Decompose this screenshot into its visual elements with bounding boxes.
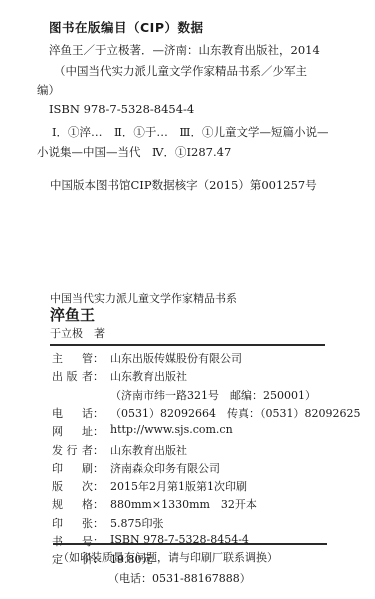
info-row: 主管：山东出版传媒股份有限公司 xyxy=(52,350,242,366)
info-label-prefix: 印 xyxy=(52,515,82,531)
book-title: 淬鱼王 xyxy=(50,304,95,325)
info-label-suffix: 管： xyxy=(82,352,104,365)
info-label-prefix: 网 xyxy=(52,423,82,439)
info-label-prefix: 印 xyxy=(52,460,82,476)
info-label: 主管： xyxy=(52,350,110,366)
bottom-divider xyxy=(53,543,327,545)
info-row: 网址：http://www.sjs.com.cn xyxy=(52,423,233,439)
info-value: （0531）82092664 传真：（0531）82092625 xyxy=(110,405,360,421)
info-label: 版次： xyxy=(52,478,110,494)
info-label: 出 版者： xyxy=(52,368,110,384)
service-phone: （电话：0531-88167888） xyxy=(108,570,251,586)
info-value: 880mm×1330mm 32开本 xyxy=(110,496,257,512)
info-row: 电话：（0531）82092664 传真：（0531）82092625 xyxy=(52,405,360,421)
info-value: 2015年2月第1版第1次印刷 xyxy=(110,478,247,494)
info-label: 印刷： xyxy=(52,460,110,476)
info-value: ISBN 978-7-5328-8454-4 xyxy=(110,533,249,549)
cip-heading: 图书在版编目（CIP）数据 xyxy=(49,18,204,36)
cip-classification-1: Ⅰ．①淬… Ⅱ．①于… Ⅲ．①儿童文学—短篇小说— xyxy=(52,124,328,140)
info-label: 书号： xyxy=(52,533,110,549)
info-label-prefix: 发 行 xyxy=(52,442,82,458)
top-divider xyxy=(50,344,325,346)
info-label-suffix: 话： xyxy=(82,407,104,420)
info-label-prefix: 版 xyxy=(52,478,82,494)
cip-isbn: ISBN 978-7-5328-8454-4 xyxy=(49,102,194,116)
info-row: （济南市纬一路321号 邮编：250001） xyxy=(52,387,316,403)
info-label-prefix: 书 xyxy=(52,533,82,549)
info-label: 发 行者： xyxy=(52,442,110,458)
info-row: 规格：880mm×1330mm 32开本 xyxy=(52,496,257,512)
info-label-suffix: 号： xyxy=(82,535,104,548)
quality-note: （如印装质量有问题，请与印刷厂联系调换） xyxy=(58,549,278,565)
info-label-suffix: 者： xyxy=(82,444,104,457)
info-label-suffix: 次： xyxy=(82,480,104,493)
info-label: 网址： xyxy=(52,423,110,439)
cip-series-line: （中国当代实力派儿童文学作家精品书系／少军主 xyxy=(54,63,307,79)
info-label-prefix: 主 xyxy=(52,350,82,366)
info-row: 印刷：济南森众印务有限公司 xyxy=(52,460,220,476)
info-label-suffix: 刷： xyxy=(82,462,104,475)
info-label: 印张： xyxy=(52,515,110,531)
cip-series-line-cont: 编） xyxy=(37,82,60,98)
info-value: 济南森众印务有限公司 xyxy=(110,460,220,476)
info-row: 版次：2015年2月第1版第1次印刷 xyxy=(52,478,247,494)
info-row: 发 行者：山东教育出版社 xyxy=(52,442,187,458)
cip-verification-number: 中国版本图书馆CIP数据核字（2015）第001257号 xyxy=(50,177,317,193)
info-value: 山东出版传媒股份有限公司 xyxy=(110,350,242,366)
info-row: 印张：5.875印张 xyxy=(52,515,164,531)
info-label-suffix: 格： xyxy=(82,498,104,511)
info-label-prefix: 出 版 xyxy=(52,368,82,384)
info-value: 5.875印张 xyxy=(110,515,164,531)
cip-classification-2: 小说集—中国—当代 Ⅳ．①I287.47 xyxy=(37,144,231,160)
info-label-prefix: 电 xyxy=(52,405,82,421)
info-value[interactable]: http://www.sjs.com.cn xyxy=(110,423,233,439)
info-label: 规格： xyxy=(52,496,110,512)
cip-bibliographic-line: 淬鱼王／于立极著．—济南：山东教育出版社，2014 xyxy=(49,42,320,58)
info-row: 出 版者：山东教育出版社 xyxy=(52,368,187,384)
info-label-suffix: 者： xyxy=(82,370,104,383)
info-value: 山东教育出版社 xyxy=(110,368,187,384)
info-label-suffix: 址： xyxy=(82,425,104,438)
info-value: （济南市纬一路321号 邮编：250001） xyxy=(110,387,316,403)
info-label: 电话： xyxy=(52,405,110,421)
info-label-prefix: 规 xyxy=(52,496,82,512)
info-label-suffix: 张： xyxy=(82,517,104,530)
info-row: 书号：ISBN 978-7-5328-8454-4 xyxy=(52,533,249,549)
author-line: 于立极 著 xyxy=(50,325,105,341)
info-label xyxy=(52,387,110,403)
info-value: 山东教育出版社 xyxy=(110,442,187,458)
